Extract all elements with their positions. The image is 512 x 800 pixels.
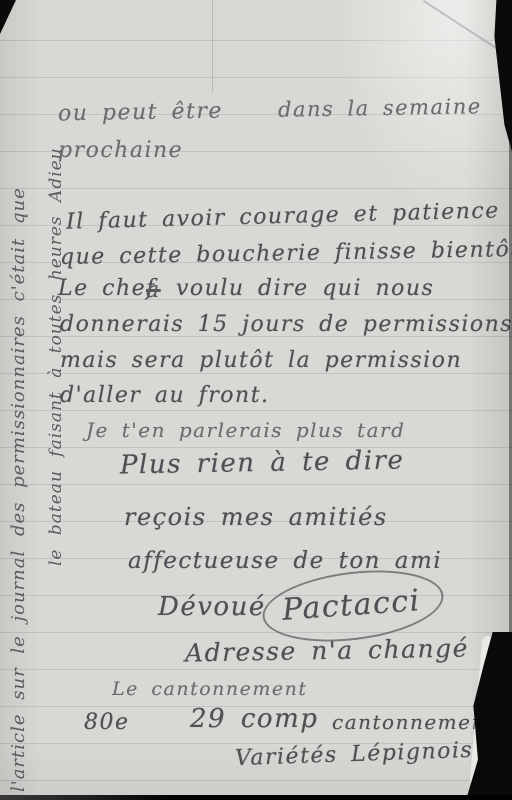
letter-line-17c: cantonnement bbox=[332, 710, 495, 734]
fold-crease-vertical bbox=[212, 0, 213, 92]
letter-line-13: Dévoué bbox=[158, 592, 266, 622]
letter-line-10: Plus rien à te dire bbox=[120, 446, 405, 481]
letter-line-9: Je t'en parlerais plus tard bbox=[86, 418, 405, 442]
letter-line-11: reçois mes amitiés bbox=[124, 503, 388, 531]
letter-line-1b: dans la semaine bbox=[278, 94, 482, 122]
scanned-letter-page: l'article sur le journal des permissionn… bbox=[0, 0, 512, 800]
scan-artifact-bottom-bar bbox=[0, 795, 512, 800]
letter-line-16: Le cantonnement bbox=[112, 678, 308, 700]
letter-line-6: donnerais 15 jours de permissions bbox=[60, 312, 512, 337]
letter-line-15: Adresse n'a changé bbox=[185, 634, 469, 668]
letter-line-1a: ou peut être bbox=[58, 99, 223, 127]
letter-line-7: mais sera plutôt la permission bbox=[60, 348, 462, 373]
letter-line-2: prochaine bbox=[58, 138, 183, 163]
letter-line-8: d'aller au front. bbox=[60, 383, 270, 408]
letter-line-5b: voulu dire qui nous bbox=[176, 276, 434, 301]
letter-line-17b: 29 comp bbox=[190, 704, 318, 734]
letter-line-5a: Le chef bbox=[58, 276, 156, 301]
letter-line-5-struck-word: a bbox=[146, 278, 161, 303]
letter-line-17a: 80e bbox=[84, 710, 130, 735]
letter-line-12: affectueuse de ton ami bbox=[128, 548, 442, 574]
margin-note-outer: l'article sur le journal des permissionn… bbox=[8, 187, 29, 792]
